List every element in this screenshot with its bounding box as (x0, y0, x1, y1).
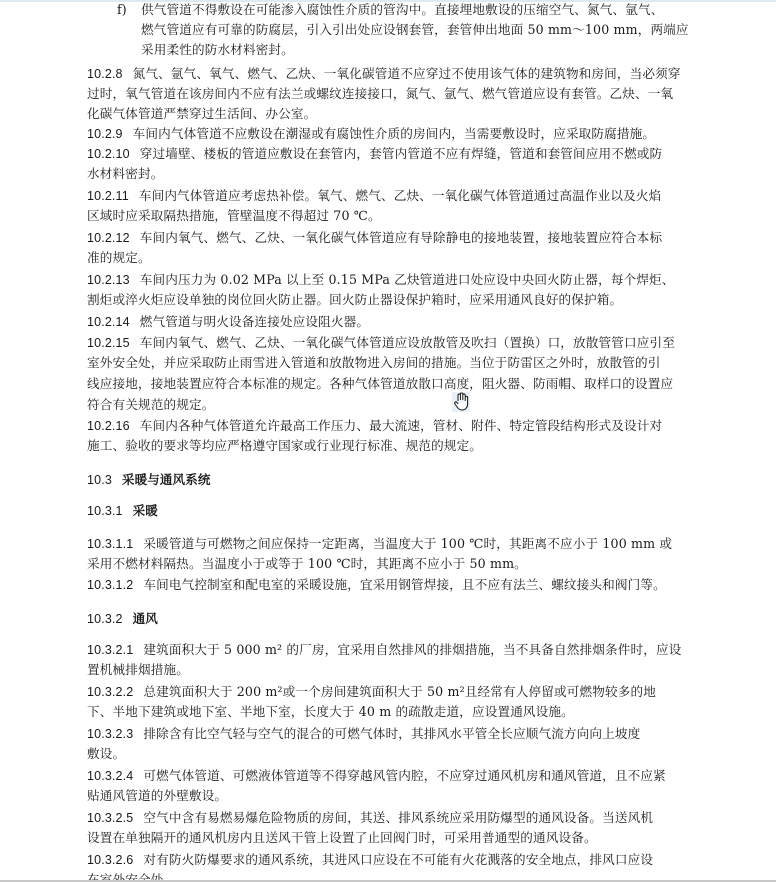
section-title: 采暖与通风系统 (122, 472, 211, 487)
section-number: 10.3.2 (87, 612, 123, 626)
paragraph-line: 对有防火防爆要求的通风系统，其进风口应设在不可能有火花溅落的安全地点，排风口应设 (143, 852, 653, 867)
clause-number: 10.2.13 (87, 273, 130, 287)
hand-pointer-icon (452, 392, 470, 412)
paragraph-line: 车间内压力为 0.02 MPa 以上至 0.15 MPa 乙炔管道进口处应设中央… (140, 272, 675, 287)
paragraph-line: 燃气管道与明火设备连接处应设阻火器。 (140, 314, 369, 329)
clause-10-2-14: 10.2.14燃气管道与明火设备连接处应设阻火器。 (87, 314, 369, 330)
section-heading-10-3-1: 10.3.1采暖 (87, 503, 158, 519)
paragraph-line: 设置在单独隔开的通风机房内且送风干管上设置了止回阀门时，可采用普通型的通风设备。 (87, 830, 597, 846)
clause-10-2-9: 10.2.9车间内气体管道不应敷设在潮湿或有腐蚀性介质的房间内，当需要敷设时，应… (87, 126, 655, 142)
clause-10-3-2-3: 10.3.2.3排除含有比空气轻与空气的混合的可燃气体时，其排风水平管全长应顺气… (87, 726, 640, 742)
clause-number: 10.2.8 (87, 67, 123, 81)
paragraph-line: 置机械排烟措施。 (87, 662, 189, 678)
clause-number: 10.2.16 (87, 419, 130, 433)
paragraph-line: 车间内各种气体管道允许最高工作压力、最大流速，管材、附件、特定管段结构形式及设计… (140, 418, 663, 433)
section-title: 采暖 (133, 503, 158, 518)
clause-number: 10.3.1.1 (87, 537, 133, 551)
clause-number: 10.3.2.3 (87, 727, 133, 741)
clause-10-2-12: 10.2.12车间内氧气、燃气、乙炔、一氧化碳气体管道应有导除静电的接地装置，接… (87, 230, 662, 246)
paragraph-line: 室外安全处，并应采取防止雨雪进入管道和放散物进入房间的措施。当位于防雷区之外时，… (87, 355, 660, 371)
section-title: 通风 (133, 611, 158, 626)
paragraph-line: 氮气、氩气、氧气、燃气、乙炔、一氧化碳管道不应穿过不使用该气体的建筑物和房间，当… (133, 66, 681, 81)
clause-number: 10.2.9 (87, 127, 123, 141)
paragraph-line: 可燃气体管道、可燃液体管道等不得穿越风管内腔，不应穿过通风机房和通风管道，且不应… (143, 768, 666, 783)
paragraph-line: 采用不燃材料隔热。当温度小于或等于 100 ℃时，其距离不应小于 50 mm。 (87, 556, 527, 572)
clause-number: 10.2.10 (87, 147, 130, 161)
paragraph-line: 车间内氧气、燃气、乙炔、一氧化碳气体管道应设放散管及吹扫（置换）口，放散管管口应… (140, 335, 675, 350)
clause-number: 10.3.2.6 (87, 853, 133, 867)
paragraph-line: 建筑面积大于 5 000 m² 的厂房，宜采用自然排风的排烟措施，当不具备自然排… (143, 642, 681, 657)
list-item-f: f)供气管道不得敷设在可能渗入腐蚀性介质的管沟中。直接埋地敷设的压缩空气、氮气、… (117, 2, 664, 18)
paragraph-line: 施工、验收的要求等均应严格遵守国家或行业现行标准、规范的规定。 (87, 438, 482, 454)
paragraph-line: 穿过墙壁、楼板的管道应敷设在套管内，套管内管道不应有焊缝，管道和套管间应用不燃或… (140, 146, 663, 161)
clause-number: 10.2.12 (87, 231, 130, 245)
clause-10-3-2-6: 10.3.2.6对有防火防爆要求的通风系统，其进风口应设在不可能有火花溅落的安全… (87, 852, 653, 868)
clause-10-3-1-2: 10.3.1.2车间电气控制室和配电室的采暖设施，宜采用钢管焊接，且不应有法兰、… (87, 577, 666, 593)
clause-number: 10.3.2.5 (87, 811, 133, 825)
clause-number: 10.2.15 (87, 336, 130, 350)
paragraph-line: 符合有关规范的规定。 (87, 397, 214, 413)
paragraph-line: 化碳气体管道严禁穿过生活间、办公室。 (87, 106, 316, 122)
list-label: f) (117, 2, 141, 18)
clause-10-2-13: 10.2.13车间内压力为 0.02 MPa 以上至 0.15 MPa 乙炔管道… (87, 272, 675, 288)
clause-number: 10.3.2.4 (87, 769, 133, 783)
paragraph-line: 采暖管道与可燃物之间应保持一定距离，当温度大于 100 ℃时，其距离不应小于 1… (143, 536, 672, 551)
paragraph-line: 车间内气体管道应考虑热补偿。氧气、燃气、乙炔、一氧化碳气体管道通过高温作业以及火… (139, 188, 662, 203)
paragraph-line: 排除含有比空气轻与空气的混合的可燃气体时，其排风水平管全长应顺气流方向向上坡度 (143, 726, 640, 741)
paragraph-line: 准的规定。 (87, 250, 151, 266)
section-heading-10-3: 10.3采暖与通风系统 (87, 472, 211, 488)
clause-10-2-15: 10.2.15车间内氧气、燃气、乙炔、一氧化碳气体管道应设放散管及吹扫（置换）口… (87, 335, 675, 351)
clause-10-3-2-4: 10.3.2.4可燃气体管道、可燃液体管道等不得穿越风管内腔，不应穿过通风机房和… (87, 768, 666, 784)
paragraph-line: 采用柔性的防水材料密封。 (141, 42, 294, 58)
clause-10-2-10: 10.2.10穿过墙壁、楼板的管道应敷设在套管内，套管内管道不应有焊缝，管道和套… (87, 146, 662, 162)
clause-10-3-2-1: 10.3.2.1建筑面积大于 5 000 m² 的厂房，宜采用自然排风的排烟措施… (87, 642, 681, 658)
section-heading-10-3-2: 10.3.2通风 (87, 611, 158, 627)
paragraph-line: 敷设。 (87, 746, 125, 762)
paragraph-line: 区域时应采取隔热措施，管壁温度不得超过 70 ℃。 (87, 208, 381, 224)
paragraph-line: 供气管道不得敷设在可能渗入腐蚀性介质的管沟中。直接埋地敷设的压缩空气、氮气、氩气… (141, 2, 664, 17)
paragraph-line: 空气中含有易燃易爆危险物质的房间，其送、排风系统应采用防爆型的通风设备。当送风机 (143, 810, 653, 825)
paragraph-line: 车间电气控制室和配电室的采暖设施，宜采用钢管焊接，且不应有法兰、螺纹接头和阀门等… (143, 577, 666, 592)
clause-10-3-2-2: 10.3.2.2总建筑面积大于 200 m²或一个房间建筑面积大于 50 m²且… (87, 684, 656, 700)
clause-number: 10.3.2.1 (87, 643, 133, 657)
paragraph-line: 车间内气体管道不应敷设在潮湿或有腐蚀性介质的房间内，当需要敷设时，应采取防腐措施… (133, 126, 656, 141)
clause-number: 10.3.2.2 (87, 685, 133, 699)
clause-number: 10.3.1.2 (87, 578, 133, 592)
clause-number: 10.2.11 (87, 189, 129, 203)
paragraph-line: 总建筑面积大于 200 m²或一个房间建筑面积大于 50 m²且经常有人停留或可… (143, 684, 656, 699)
clause-10-3-1-1: 10.3.1.1采暖管道与可燃物之间应保持一定距离，当温度大于 100 ℃时，其… (87, 536, 672, 552)
paragraph-line: 割炬或淬火炬应设单独的岗位回火防止器。回火防止器设保护箱时，应采用通风良好的保护… (87, 292, 622, 308)
paragraph-line: 贴通风管道的外壁敷设。 (87, 788, 227, 804)
clause-10-2-8: 10.2.8氮气、氩气、氧气、燃气、乙炔、一氧化碳管道不应穿过不使用该气体的建筑… (87, 66, 681, 82)
paragraph-line: 线应接地，接地装置应符合本标准的规定。各种气体管道放散口高度，阻火器、防雨帽、取… (87, 376, 673, 392)
section-number: 10.3 (87, 473, 112, 487)
paragraph-line: 燃气管道应有可靠的防腐层，引入引出处应设钢套管，套管伸出地面 50 mm～100… (141, 22, 689, 38)
paragraph-line: 下、半地下建筑或地下室、半地下室，长度大于 40 m 的疏散走道，应设置通风设施… (87, 704, 574, 720)
paragraph-line: 水材料密封。 (87, 166, 163, 182)
clause-10-2-11: 10.2.11车间内气体管道应考虑热补偿。氧气、燃气、乙炔、一氧化碳气体管道通过… (87, 188, 661, 204)
clause-number: 10.2.14 (87, 315, 130, 329)
clause-10-2-16: 10.2.16车间内各种气体管道允许最高工作压力、最大流速，管材、附件、特定管段… (87, 418, 662, 434)
clause-10-3-2-5: 10.3.2.5空气中含有易燃易爆危险物质的房间，其送、排风系统应采用防爆型的通… (87, 810, 653, 826)
section-number: 10.3.1 (87, 504, 123, 518)
paragraph-line: 车间内氧气、燃气、乙炔、一氧化碳气体管道应有导除静电的接地装置，接地装置应符合本… (140, 230, 663, 245)
paragraph-line: 过时，氧气管道在该房间内不应有法兰或螺纹连接接口，氮气、氩气、燃气管道应设有套管… (87, 86, 673, 102)
